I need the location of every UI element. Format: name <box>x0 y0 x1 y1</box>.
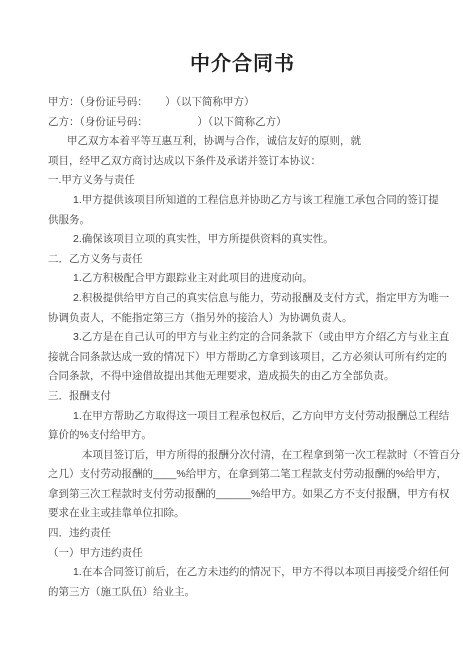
contract-line: 本项目签订后，甲方所得的报酬分次付清，在工程拿到第一次工程款时（不管百分 <box>48 446 437 466</box>
contract-line: 3.乙方是在自己认可的甲方与业主约定的合同条款下（或由甲方介绍乙方与业主直 <box>48 328 437 348</box>
contract-line: 供服务。 <box>48 211 437 231</box>
contract-line: 项目，经甲乙双方商讨达成以下条件及承诺并签订本协议： <box>48 152 437 172</box>
contract-line: 1.乙方积极配合甲方跟踪业主对此项目的进度动向。 <box>48 269 437 289</box>
contract-line: 乙方：（身份证号码： ）（以下简称乙方） <box>48 113 437 133</box>
contract-line: 2.积极提供给甲方自己的真实信息与能力，劳动报酬及支付方式，指定甲方为唯一 <box>48 289 437 309</box>
contract-line: 2.确保该项目立项的真实性，甲方所提供资料的真实性。 <box>48 230 437 250</box>
contract-line: 甲方：（身份证号码： ）（以下简称甲方） <box>48 93 437 113</box>
contract-line: 1.甲方提供该项目所知道的工程信息并协助乙方与该工程施工承包合同的签订提 <box>48 191 437 211</box>
contract-line: （一）甲方违约责任 <box>48 544 437 564</box>
contract-line: 合同条款，不得中途借故提出其他无理要求，造成损失的由乙方全部负责。 <box>48 367 437 387</box>
contract-line: 1.在本合同签订前后，在乙方未违约的情况下，甲方不得以本项目再接受介绍任何 <box>48 563 437 583</box>
contract-line: 1.在甲方帮助乙方取得这一项目工程承包权后，乙方向甲方支付劳动报酬总工程结 <box>48 407 437 427</box>
contract-line: 拿到第三次工程款时支付劳动报酬的______%给甲方。如果乙方不支付报酬，甲方有… <box>48 485 437 505</box>
contract-line: 接就合同条款达成一致的情况下）甲方帮助乙方拿到该项目，乙方必须认可所有约定的 <box>48 348 437 368</box>
contract-page: 中介合同书 甲方：（身份证号码： ）（以下简称甲方）乙方：（身份证号码： ）（以… <box>0 0 463 655</box>
contract-line: 之几）支付劳动报酬的____%给甲方，在拿到第二笔工程款支付劳动报酬的%给甲方， <box>48 465 437 485</box>
contract-line: 的第三方（施工队伍）给业主。 <box>48 583 437 603</box>
contract-line: 协调负责人，不能指定第三方（指另外的接洽人）为协调负责人。 <box>48 309 437 329</box>
contract-line: 甲乙双方本着平等互惠互利，协调与合作，诚信友好的原则，就 <box>48 132 437 152</box>
contract-line: 算价的%支付给甲方。 <box>48 426 437 446</box>
contract-line: 二．乙方义务与责任 <box>48 250 437 270</box>
document-title: 中介合同书 <box>48 51 437 77</box>
contract-line: 三．报酬支付 <box>48 387 437 407</box>
contract-line: 一.甲方义务与责任 <box>48 171 437 191</box>
contract-line: 要求在业主或挂靠单位扣除。 <box>48 504 437 524</box>
document-body: 甲方：（身份证号码： ）（以下简称甲方）乙方：（身份证号码： ）（以下简称乙方）… <box>48 93 437 602</box>
contract-line: 四．违约责任 <box>48 524 437 544</box>
